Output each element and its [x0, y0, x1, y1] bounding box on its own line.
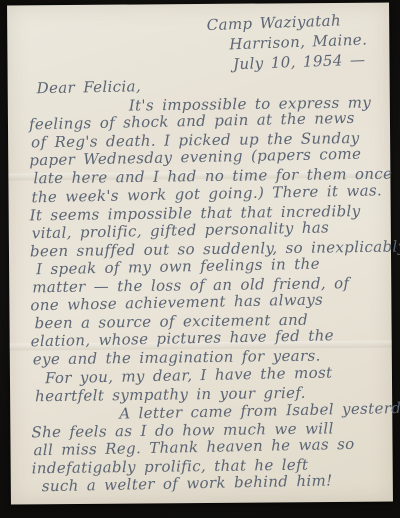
letter-paper: Camp Waziyatah Harrison, Maine. July 10,… [7, 3, 393, 505]
letter-body: Dear Felicia, It's impossible to express… [29, 77, 388, 496]
letter-heading: Camp Waziyatah Harrison, Maine. July 10,… [206, 9, 368, 75]
heading-date: July 10, 1954 — [233, 49, 369, 74]
